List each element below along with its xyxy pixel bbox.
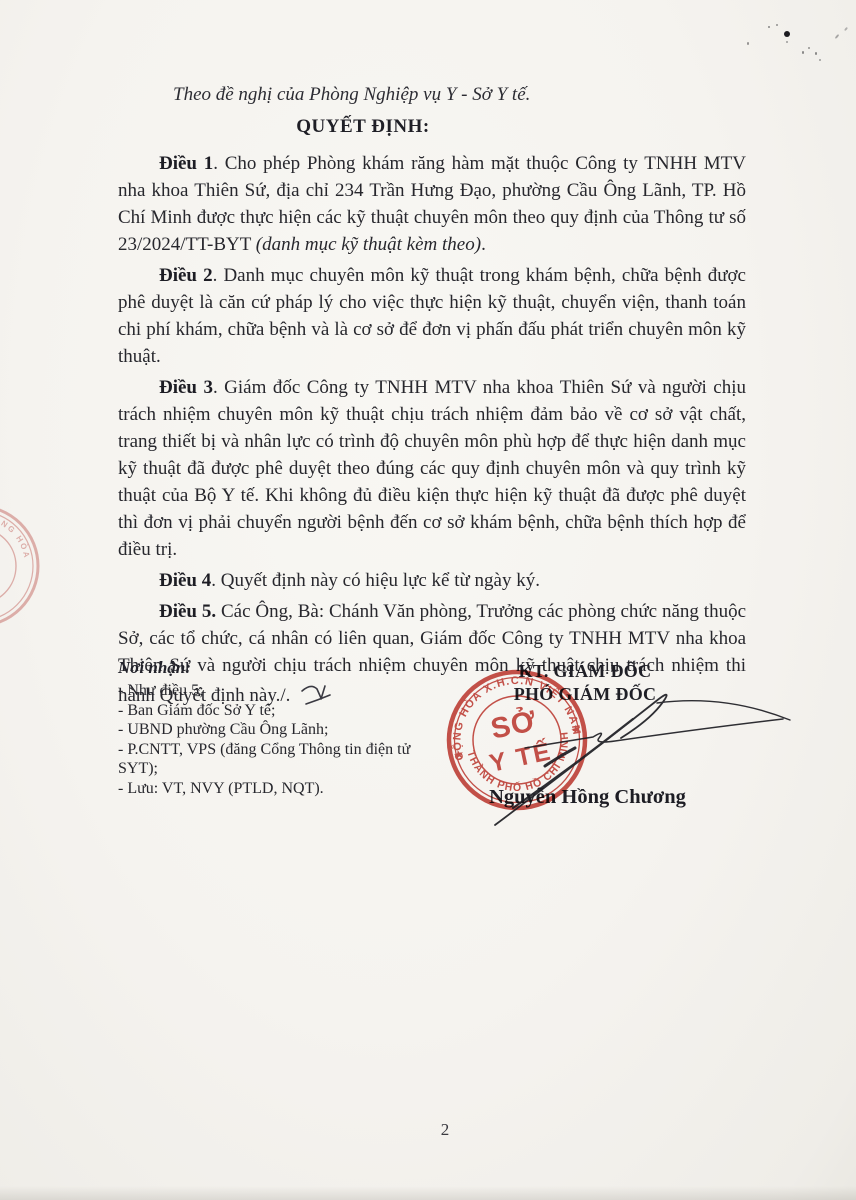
article-italic-note: (danh mục kỹ thuật kèm theo) (256, 234, 481, 255)
ink-speck (802, 51, 804, 54)
ink-speck (784, 31, 790, 37)
recipients-block: Nơi nhận: - Như điều 5; - Ban Giám đốc S… (118, 658, 418, 798)
page-number: 2 (405, 1120, 485, 1140)
article-label: Điều 5. (159, 601, 216, 622)
recipients-heading: Nơi nhận: (118, 658, 418, 678)
recipient-item: - UBND phường Cầu Ông Lãnh; (118, 720, 414, 740)
ink-speck (786, 41, 788, 43)
edge-stamp-faint: CỘNG HÒA ★ (0, 500, 44, 632)
recipient-item: - Lưu: VT, NVY (PTLD, NQT). (118, 779, 414, 799)
article-paragraph: Điều 1. Cho phép Phòng khám răng hàm mặt… (118, 150, 746, 258)
article-text: . Danh mục chuyên môn kỹ thuật trong khá… (118, 265, 746, 367)
ink-speck (768, 26, 770, 28)
article-label: Điều 2 (159, 265, 213, 286)
signature-ink (425, 648, 855, 838)
article-label: Điều 4 (159, 570, 211, 591)
decision-body: Điều 1. Cho phép Phòng khám răng hàm mặt… (118, 150, 746, 713)
ink-speck (819, 59, 821, 61)
recipient-item: - Như điều 5; (118, 681, 414, 701)
article-text: . Quyết định này có hiệu lực kể từ ngày … (211, 570, 540, 591)
scan-edge-shadow (0, 1186, 856, 1200)
ink-speck (808, 47, 810, 49)
document-page: CỘNG HÒA ★ Theo đề nghị của Phòng Nghiệp… (0, 0, 856, 1200)
decision-title: QUYẾT ĐỊNH: (118, 116, 608, 138)
article-paragraph: Điều 4. Quyết định này có hiệu lực kể từ… (118, 567, 746, 594)
recipient-item: - P.CNTT, VPS (đăng Cổng Thông tin điện … (118, 740, 414, 779)
article-paragraph: Điều 2. Danh mục chuyên môn kỹ thuật tro… (118, 262, 746, 370)
preamble-text: Theo đề nghị của Phòng Nghiệp vụ Y - Sở … (118, 84, 746, 106)
ink-speck (835, 34, 840, 39)
ink-speck (776, 24, 778, 26)
article-text-end: . (481, 234, 486, 255)
article-paragraph: Điều 3. Giám đốc Công ty TNHH MTV nha kh… (118, 374, 746, 563)
article-text: . Giám đốc Công ty TNHH MTV nha khoa Thi… (118, 377, 746, 560)
recipient-item: - Ban Giám đốc Sở Y tế; (118, 701, 414, 721)
article-label: Điều 1 (159, 153, 213, 174)
article-label: Điều 3 (159, 377, 213, 398)
ink-speck (747, 42, 749, 45)
ink-speck (844, 27, 848, 31)
ink-speck (815, 52, 817, 55)
